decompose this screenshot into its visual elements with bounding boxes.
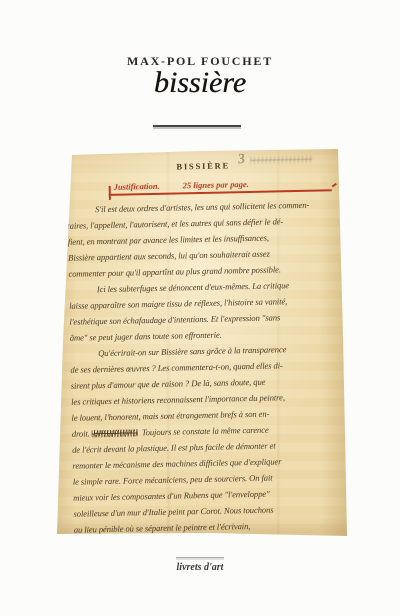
manuscript-photo: BISSIÈRE 3 Justification.25 lignes par p… [50,146,350,540]
manuscript-line: mieux voir les composantes d'un Rubens q… [73,490,270,503]
book-cover: MAX-POL FOUCHET bissière BISSIÈRE 3 Just… [0,0,400,616]
collection-divider [176,557,224,560]
manuscript-line: Bissière appartient aux seconds, lui qu'… [68,250,270,263]
manuscript-line: commenter pour qu'il appartînt au plus g… [68,265,281,278]
manuscript-line: Qu'écrirait-on sur Bissière sans grâce à… [98,345,286,358]
manuscript-line: âme" se peut juger dans toute son effron… [70,331,222,343]
collection-name: livrets d'art [0,562,400,573]
manuscript-line: de l'écrit devant la plastique. Il est p… [72,441,276,454]
manuscript-line: le louent, l'honorent, mais sont étrange… [71,410,269,423]
manuscript-line: droit. Toujours se constate la même care… [72,426,269,439]
manuscript-line: sirent plus d'amour que de raison ? De l… [71,378,266,391]
page-title: bissière [0,66,400,100]
manuscript-line: fient, en montrant par avance les limite… [68,234,269,247]
manuscript-line: taires, l'appellent, l'autorisent, et le… [67,217,283,230]
manuscript-content: BISSIÈRE 3 Justification.25 lignes par p… [58,153,346,539]
title-divider [153,125,241,129]
manuscript-line: S'il est deux ordres d'artistes, les uns… [95,201,309,214]
crossed-out-word [92,429,138,437]
manuscript-line: laisse apparaître son maigre tissu de ré… [69,297,287,310]
manuscript-line: remonter le mécanisme des machines diffi… [72,457,281,470]
manuscript-line: l'esthétique son échafaudage d'intention… [69,313,280,326]
manuscript-line: les critiques et historiens reconnaissen… [71,393,285,406]
manuscript-lines: S'il est deux ordres d'artistes, les uns… [58,153,346,539]
manuscript-line: le simple rare. Force mécaniciens, peu d… [73,474,273,487]
manuscript-line: au lieu pénible où se séparent le peintr… [74,522,251,534]
manuscript-line: soleilleuse d'un mur d'Italie peint par … [73,506,273,519]
manuscript-line: Ici les subterfuges se dénoncent d'eux-m… [97,281,289,294]
manuscript-line: de ses dernières œuvres ? Les commentera… [70,361,282,374]
